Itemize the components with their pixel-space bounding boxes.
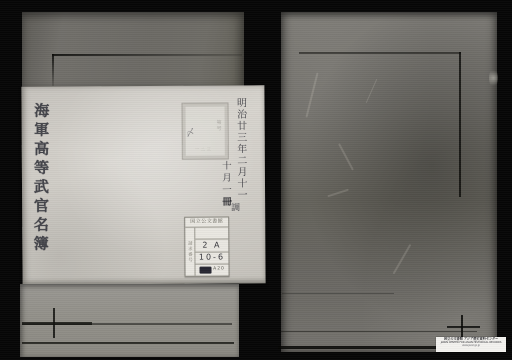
booklet-cover: 海軍高等武官名簿 明治廿三年二月十一 調 十月一冊 〆 第号 一二三 国立公文書… (21, 85, 265, 284)
scratch-mark (366, 79, 377, 103)
ruled-corner-line-horizontal (52, 54, 242, 56)
faint-stamp-bottom-text: 一二三 (195, 147, 213, 153)
ruled-line-thick-segment (22, 322, 92, 325)
page-edge-notch (489, 68, 498, 88)
left-page-lower-sheet (20, 284, 239, 357)
watermark-url-line: www.jacar.go.jp (436, 344, 506, 347)
jacar-watermark: 国立公文書館 アジア歴史資料センター JAPAN CENTER FOR ASIA… (436, 337, 506, 352)
frame-cross-horizontal (447, 326, 480, 328)
cover-title: 海軍高等武官名簿 (31, 103, 53, 261)
catalog-label-stamp-row: A20 (195, 264, 228, 275)
frame-line-top (299, 52, 461, 54)
page-edge-line (22, 342, 234, 344)
catalog-label-row-blank (195, 227, 228, 239)
faint-stamp-box: 〆 第号 一二三 (181, 102, 228, 159)
catalog-label-header: 国立公文書館 (185, 217, 228, 227)
scratch-mark (327, 189, 348, 197)
scratch-mark (393, 244, 411, 274)
ruled-cross-vertical (53, 308, 55, 338)
right-page (281, 12, 497, 352)
stamp-row-text: A20 (213, 268, 225, 273)
volume-last-char: 冊 (220, 196, 231, 208)
archival-scan-page: 海軍高等武官名簿 明治廿三年二月十一 調 十月一冊 〆 第号 一二三 国立公文書… (0, 0, 512, 360)
faint-handwriting-mark: 〆 (184, 125, 196, 140)
ruled-corner-line-vertical (52, 54, 54, 86)
volume-text: 十月一 (220, 160, 231, 196)
ink-stamp-blob (199, 266, 211, 273)
volume-column: 十月一冊 (218, 160, 232, 212)
left-page-upper-sheet (22, 12, 244, 89)
faint-rule-line (282, 293, 394, 294)
catalog-label-call-number-bottom: 10-6 (195, 252, 228, 264)
catalog-label-call-number-top: 2 A (195, 240, 228, 252)
catalog-label: 国立公文書館 請求番号 2 A 10-6 A20 (184, 216, 229, 276)
frame-line-right (459, 52, 461, 197)
catalog-label-side-caption: 請求番号 (185, 228, 195, 276)
scratch-mark (338, 143, 353, 170)
survey-mark: 調 (231, 200, 240, 213)
lower-rule-line (281, 331, 477, 332)
faint-stamp-right-text: 第号 (216, 120, 223, 132)
scratch-mark (305, 73, 318, 118)
date-column: 明治廿三年二月十一 (232, 97, 248, 207)
